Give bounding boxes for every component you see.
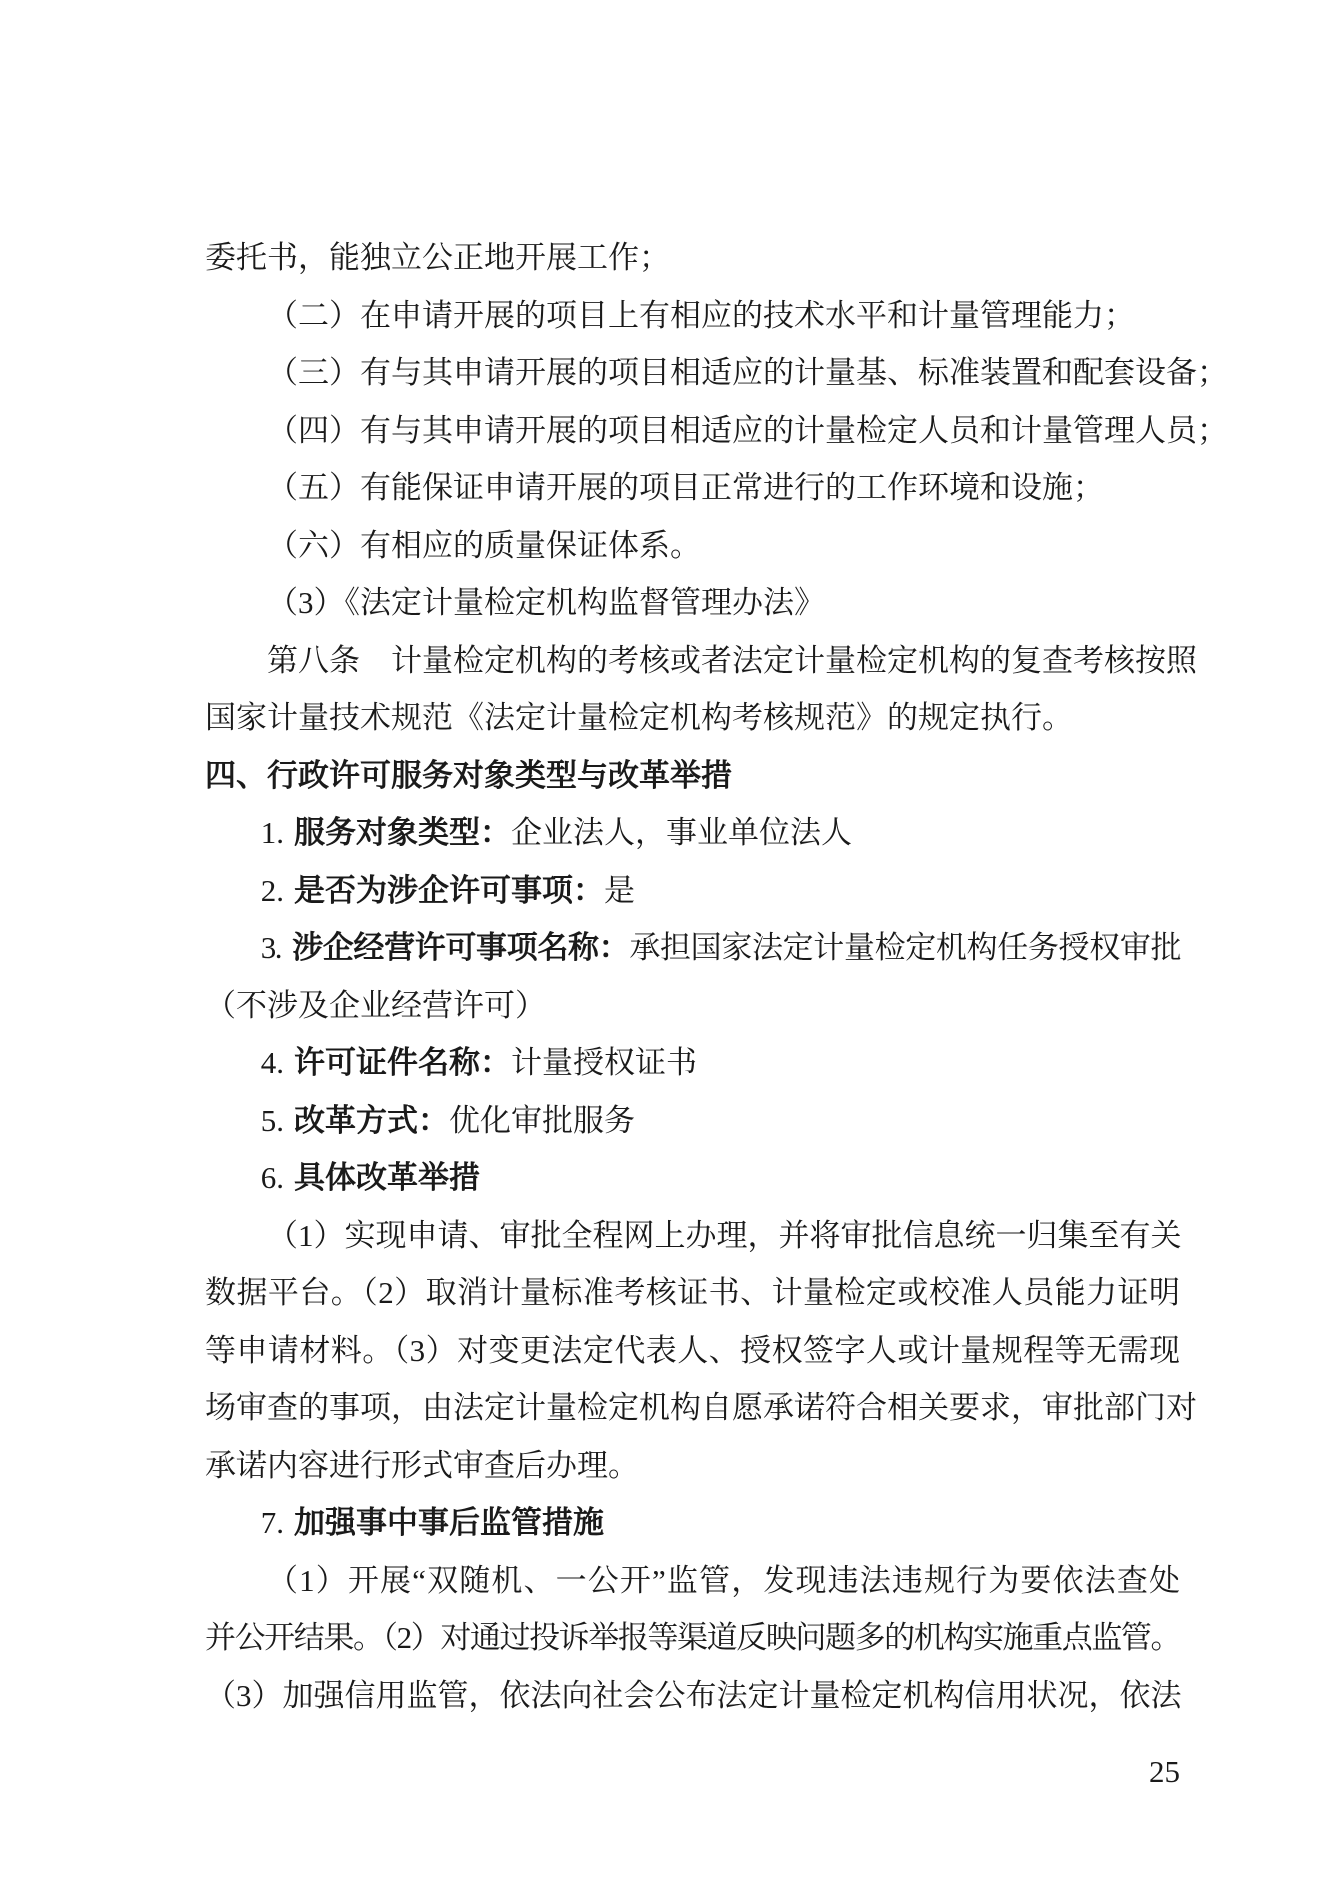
list-item-line-3: （三）有与其申请开展的项目相适应的计量基、标准装置和配套设备； [205, 344, 1180, 402]
item-number: 7. [261, 1505, 284, 1540]
measure-text-line: （1）实现申请、审批全程网上办理，并将审批信息统一归集至有关 [205, 1207, 1180, 1265]
item-label: 改革方式： [294, 1103, 449, 1138]
item-label: 是否为涉企许可事项： [294, 873, 604, 908]
list-item-line-4: （四）有与其申请开展的项目相适应的计量检定人员和计量管理人员； [205, 402, 1180, 460]
numbered-item-5: 5.改革方式：优化审批服务 [205, 1092, 1180, 1150]
numbered-item-4: 4.许可证件名称：计量授权证书 [205, 1034, 1180, 1092]
numbered-item-6-heading: 6.具体改革举措 [205, 1149, 1180, 1207]
measure-text-line: 承诺内容进行形式审查后办理。 [205, 1437, 1180, 1495]
item-number: 1. [261, 815, 284, 850]
numbered-item-7-heading: 7.加强事中事后监管措施 [205, 1494, 1180, 1552]
list-item-line-2: （二）在申请开展的项目上有相应的技术水平和计量管理能力； [205, 287, 1180, 345]
list-item-line-6: （六）有相应的质量保证体系。 [205, 517, 1180, 575]
item-number: 4. [261, 1045, 284, 1080]
item-number: 6. [261, 1160, 284, 1195]
numbered-item-3: 3.涉企经营许可事项名称：承担国家法定计量检定机构任务授权审批 [205, 919, 1180, 977]
article-8-continuation-line: 国家计量技术规范《法定计量检定机构考核规范》的规定执行。 [205, 689, 1180, 747]
page-number: 25 [205, 1752, 1180, 1792]
document-page: 委托书，能独立公正地开展工作； （二）在申请开展的项目上有相应的技术水平和计量管… [0, 0, 1339, 1890]
item-number: 3. [261, 930, 281, 965]
item-label: 服务对象类型： [294, 815, 511, 850]
item-3-continuation-line: （不涉及企业经营许可） [205, 977, 1180, 1035]
supervision-text-line: 并公开结果。（2）对通过投诉举报等渠道反映问题多的机构实施重点监管。 [205, 1609, 1180, 1667]
item-value: 计量授权证书 [511, 1045, 697, 1080]
item-value: 企业法人，事业单位法人 [511, 815, 852, 850]
item-value: 承担国家法定计量检定机构任务授权审批 [629, 930, 1180, 965]
article-8-line: 第八条 计量检定机构的考核或者法定计量检定机构的复查考核按照 [205, 632, 1180, 690]
item-value: 优化审批服务 [449, 1103, 635, 1138]
item-label: 具体改革举措 [294, 1160, 480, 1195]
item-number: 5. [261, 1103, 284, 1138]
body-text-line: 委托书，能独立公正地开展工作； [205, 229, 1180, 287]
numbered-item-1: 1.服务对象类型：企业法人，事业单位法人 [205, 804, 1180, 862]
document-body: 委托书，能独立公正地开展工作； （二）在申请开展的项目上有相应的技术水平和计量管… [205, 229, 1180, 1724]
item-label: 涉企经营许可事项名称： [291, 930, 629, 965]
measure-text-line: 场审查的事项，由法定计量检定机构自愿承诺符合相关要求，审批部门对 [205, 1379, 1180, 1437]
item-label: 许可证件名称： [294, 1045, 511, 1080]
item-value: 是 [604, 873, 635, 908]
numbered-item-2: 2.是否为涉企许可事项：是 [205, 862, 1180, 920]
regulation-reference-line: （3）《法定计量检定机构监督管理办法》 [205, 574, 1180, 632]
section-heading: 四、行政许可服务对象类型与改革举措 [205, 747, 1180, 805]
item-number: 2. [261, 873, 284, 908]
supervision-text-line: （3）加强信用监管，依法向社会公布法定计量检定机构信用状况，依法 [205, 1667, 1180, 1725]
list-item-line-5: （五）有能保证申请开展的项目正常进行的工作环境和设施； [205, 459, 1180, 517]
measure-text-line: 数据平台。（2）取消计量标准考核证书、计量检定或校准人员能力证明 [205, 1264, 1180, 1322]
supervision-text-line: （1）开展“双随机、一公开”监管，发现违法违规行为要依法查处 [205, 1552, 1180, 1610]
item-label: 加强事中事后监管措施 [294, 1505, 604, 1540]
measure-text-line: 等申请材料。（3）对变更法定代表人、授权签字人或计量规程等无需现 [205, 1322, 1180, 1380]
